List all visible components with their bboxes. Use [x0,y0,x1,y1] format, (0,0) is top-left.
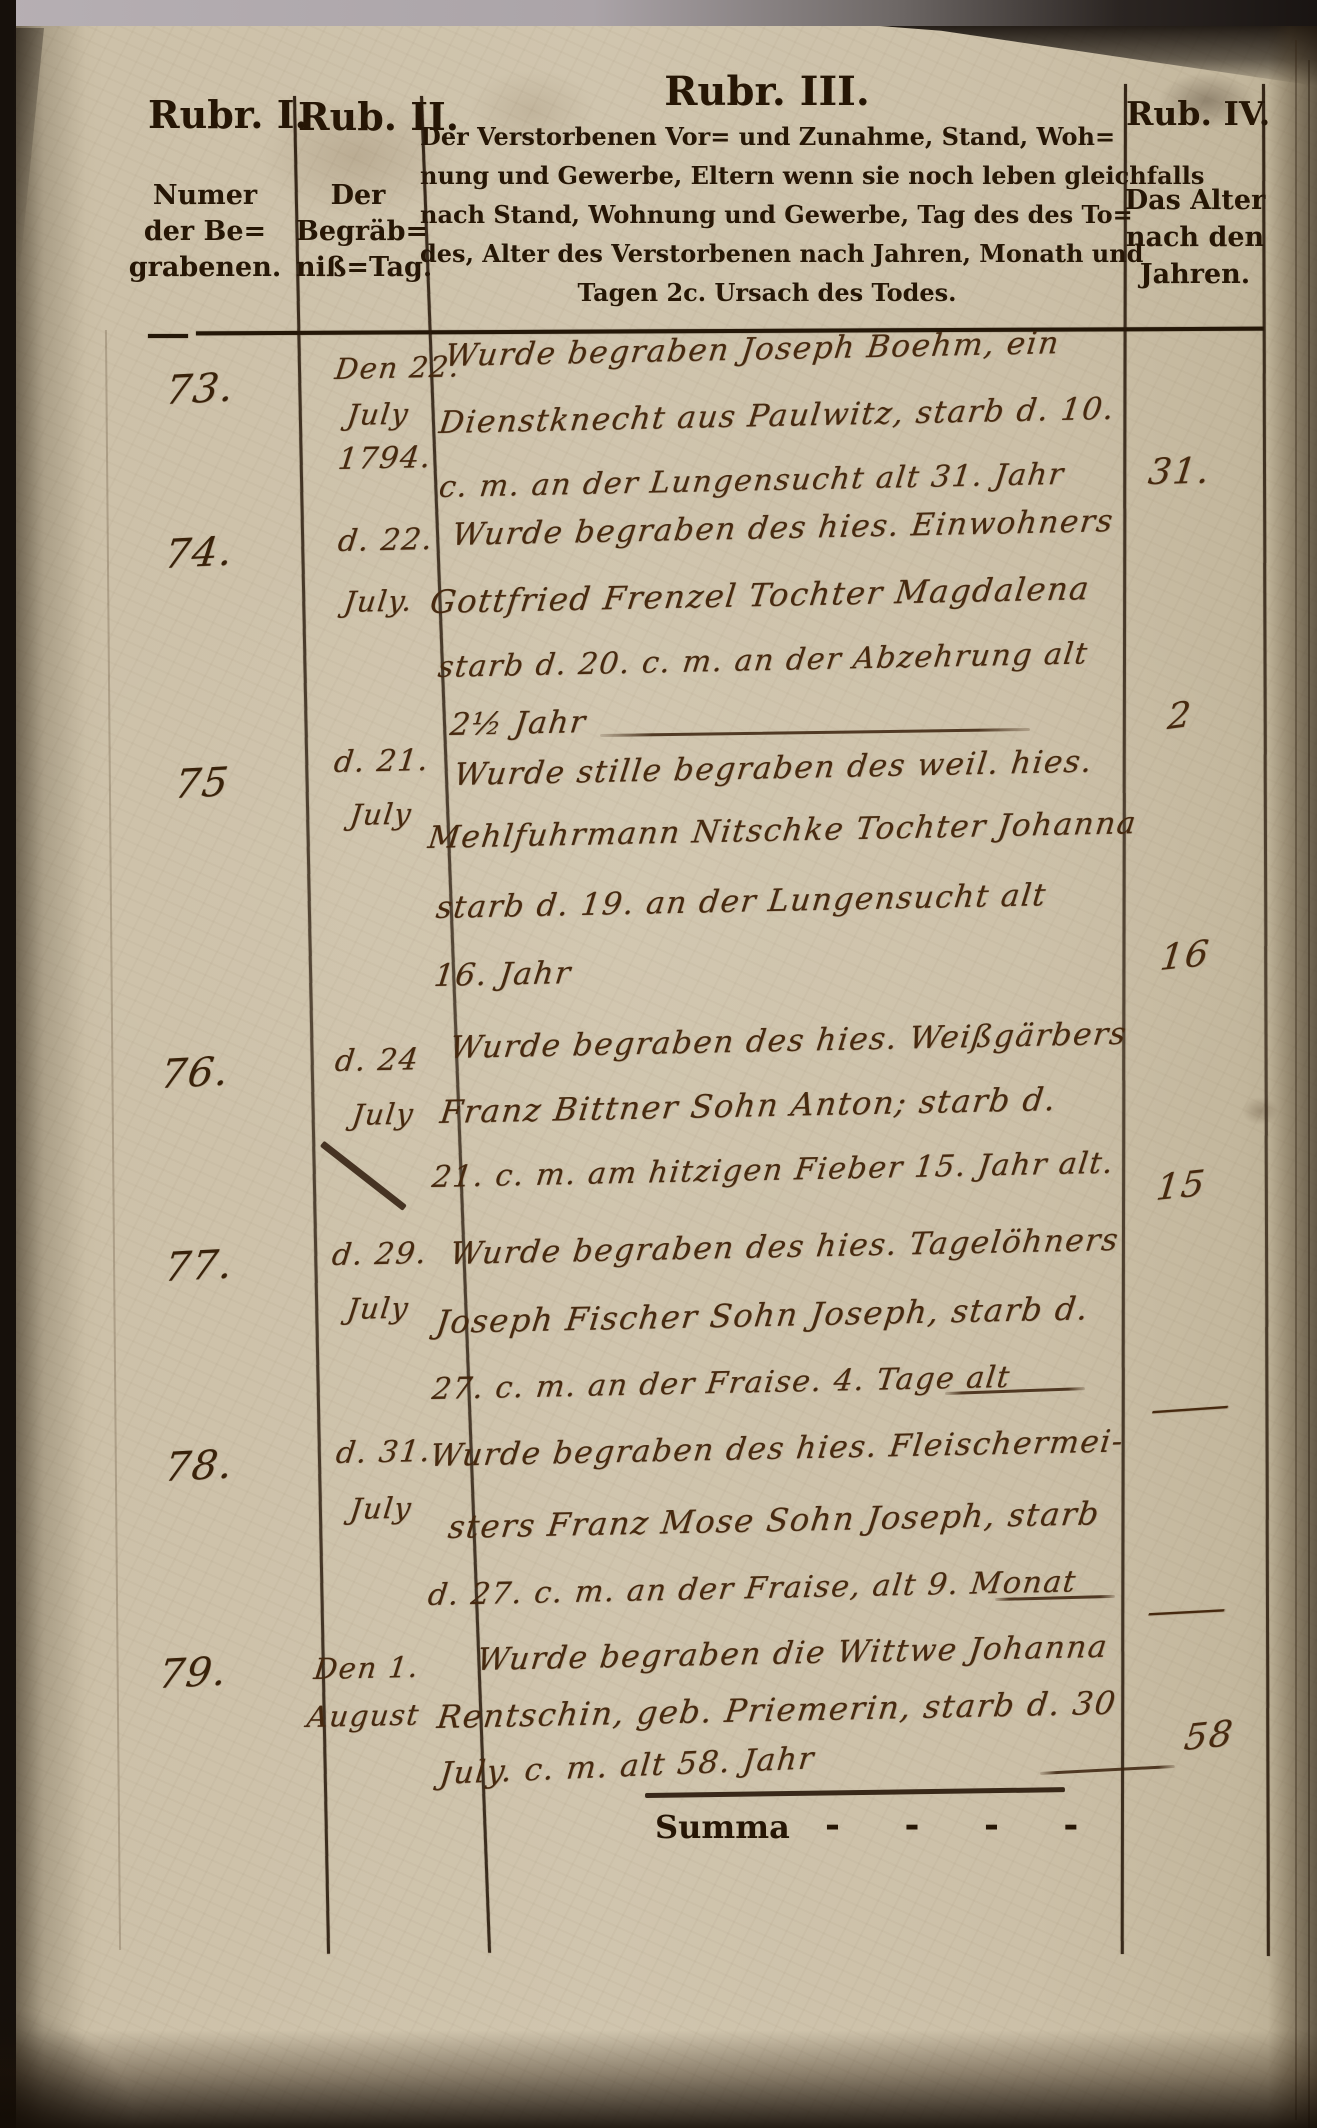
summa-label: Summa [655,1808,790,1846]
rubric2-title: Rub. II. [298,94,422,139]
rubric4-subtitle-line: Jahren. [1124,259,1266,290]
burial-date-line: d. 21. [332,743,431,780]
burial-date-line: July [348,1491,414,1526]
rubric1-subtitle-line: der Be= [120,216,290,247]
entry-number: 75 [172,759,232,808]
rubric4-title: Rub. IV. [1126,94,1266,133]
burial-date-line: d. 29. [330,1236,429,1273]
rubric1-subtitle-line: grabenen. [120,252,290,283]
age-value: 16 [1158,933,1212,979]
burial-date-line: July [345,397,411,432]
rubric3-subtitle-line: Tagen 2c. Ursach des Todes. [420,278,1114,307]
rubric4-subtitle-line: Das Alter [1124,185,1266,216]
burial-date-line: Den 1. [312,1650,421,1686]
age-value: — [1144,1588,1232,1633]
burial-date-line: July [345,1291,411,1326]
rubric3-title: Rubr. III. [420,68,1114,115]
rubric2-subtitle-line: niß=Tag. [296,252,420,283]
rubric4-subtitle-line: nach den [1124,222,1266,253]
summa-dashes: - - - - [825,1804,1078,1846]
burial-date-line: July [350,1097,416,1132]
rubric1-title: Rubr. I. [148,92,296,137]
scanned-register-page: Rubr. I. Rub. II. Rubr. III. Rub. IV. Nu… [0,0,1317,2128]
age-value: 31. [1146,451,1213,493]
burial-date-line: August [305,1698,422,1734]
burial-date-line: July [348,797,414,832]
rubric2-subtitle-line: Der [296,180,420,211]
entry-number: 79. [156,1648,230,1698]
burial-date-line: d. 24 [333,1042,421,1079]
burial-date-line: July. [342,584,415,619]
burial-date-line: d. 31. [334,1434,433,1471]
rubric3-subtitle-line: nach Stand, Wohnung und Gewerbe, Tag des… [420,200,1114,229]
rubric3-subtitle-line: nung und Gewerbe, Eltern wenn sie noch l… [420,161,1114,190]
burial-date-line: d. 22. [336,522,435,559]
entry-number: 77. [162,1241,236,1291]
rubric3-subtitle-line: Der Verstorbenen Vor= und Zunahme, Stand… [420,122,1114,151]
entry-number: 76. [158,1048,232,1098]
entry-number: 74. [162,528,236,578]
rubric1-subtitle-line: Numer [120,180,290,211]
entry-text-line: 16. Jahr [432,955,574,994]
burial-date-line: 1794. [336,440,434,477]
entry-number: 78. [162,1441,236,1491]
book-binding [0,0,16,2128]
rubric3-subtitle-line: des, Alter des Verstorbenen nach Jahren,… [420,239,1114,268]
age-value: 2 [1166,694,1194,738]
entry-text-line: 2½ Jahr [448,704,589,743]
entry-number: 73. [163,364,237,414]
header-rule-dash [148,334,188,338]
age-value: 58 [1182,1713,1236,1759]
age-value: 15 [1154,1163,1208,1209]
rubric2-subtitle-line: Begräb= [296,216,420,247]
age-value: — [1147,1384,1236,1431]
